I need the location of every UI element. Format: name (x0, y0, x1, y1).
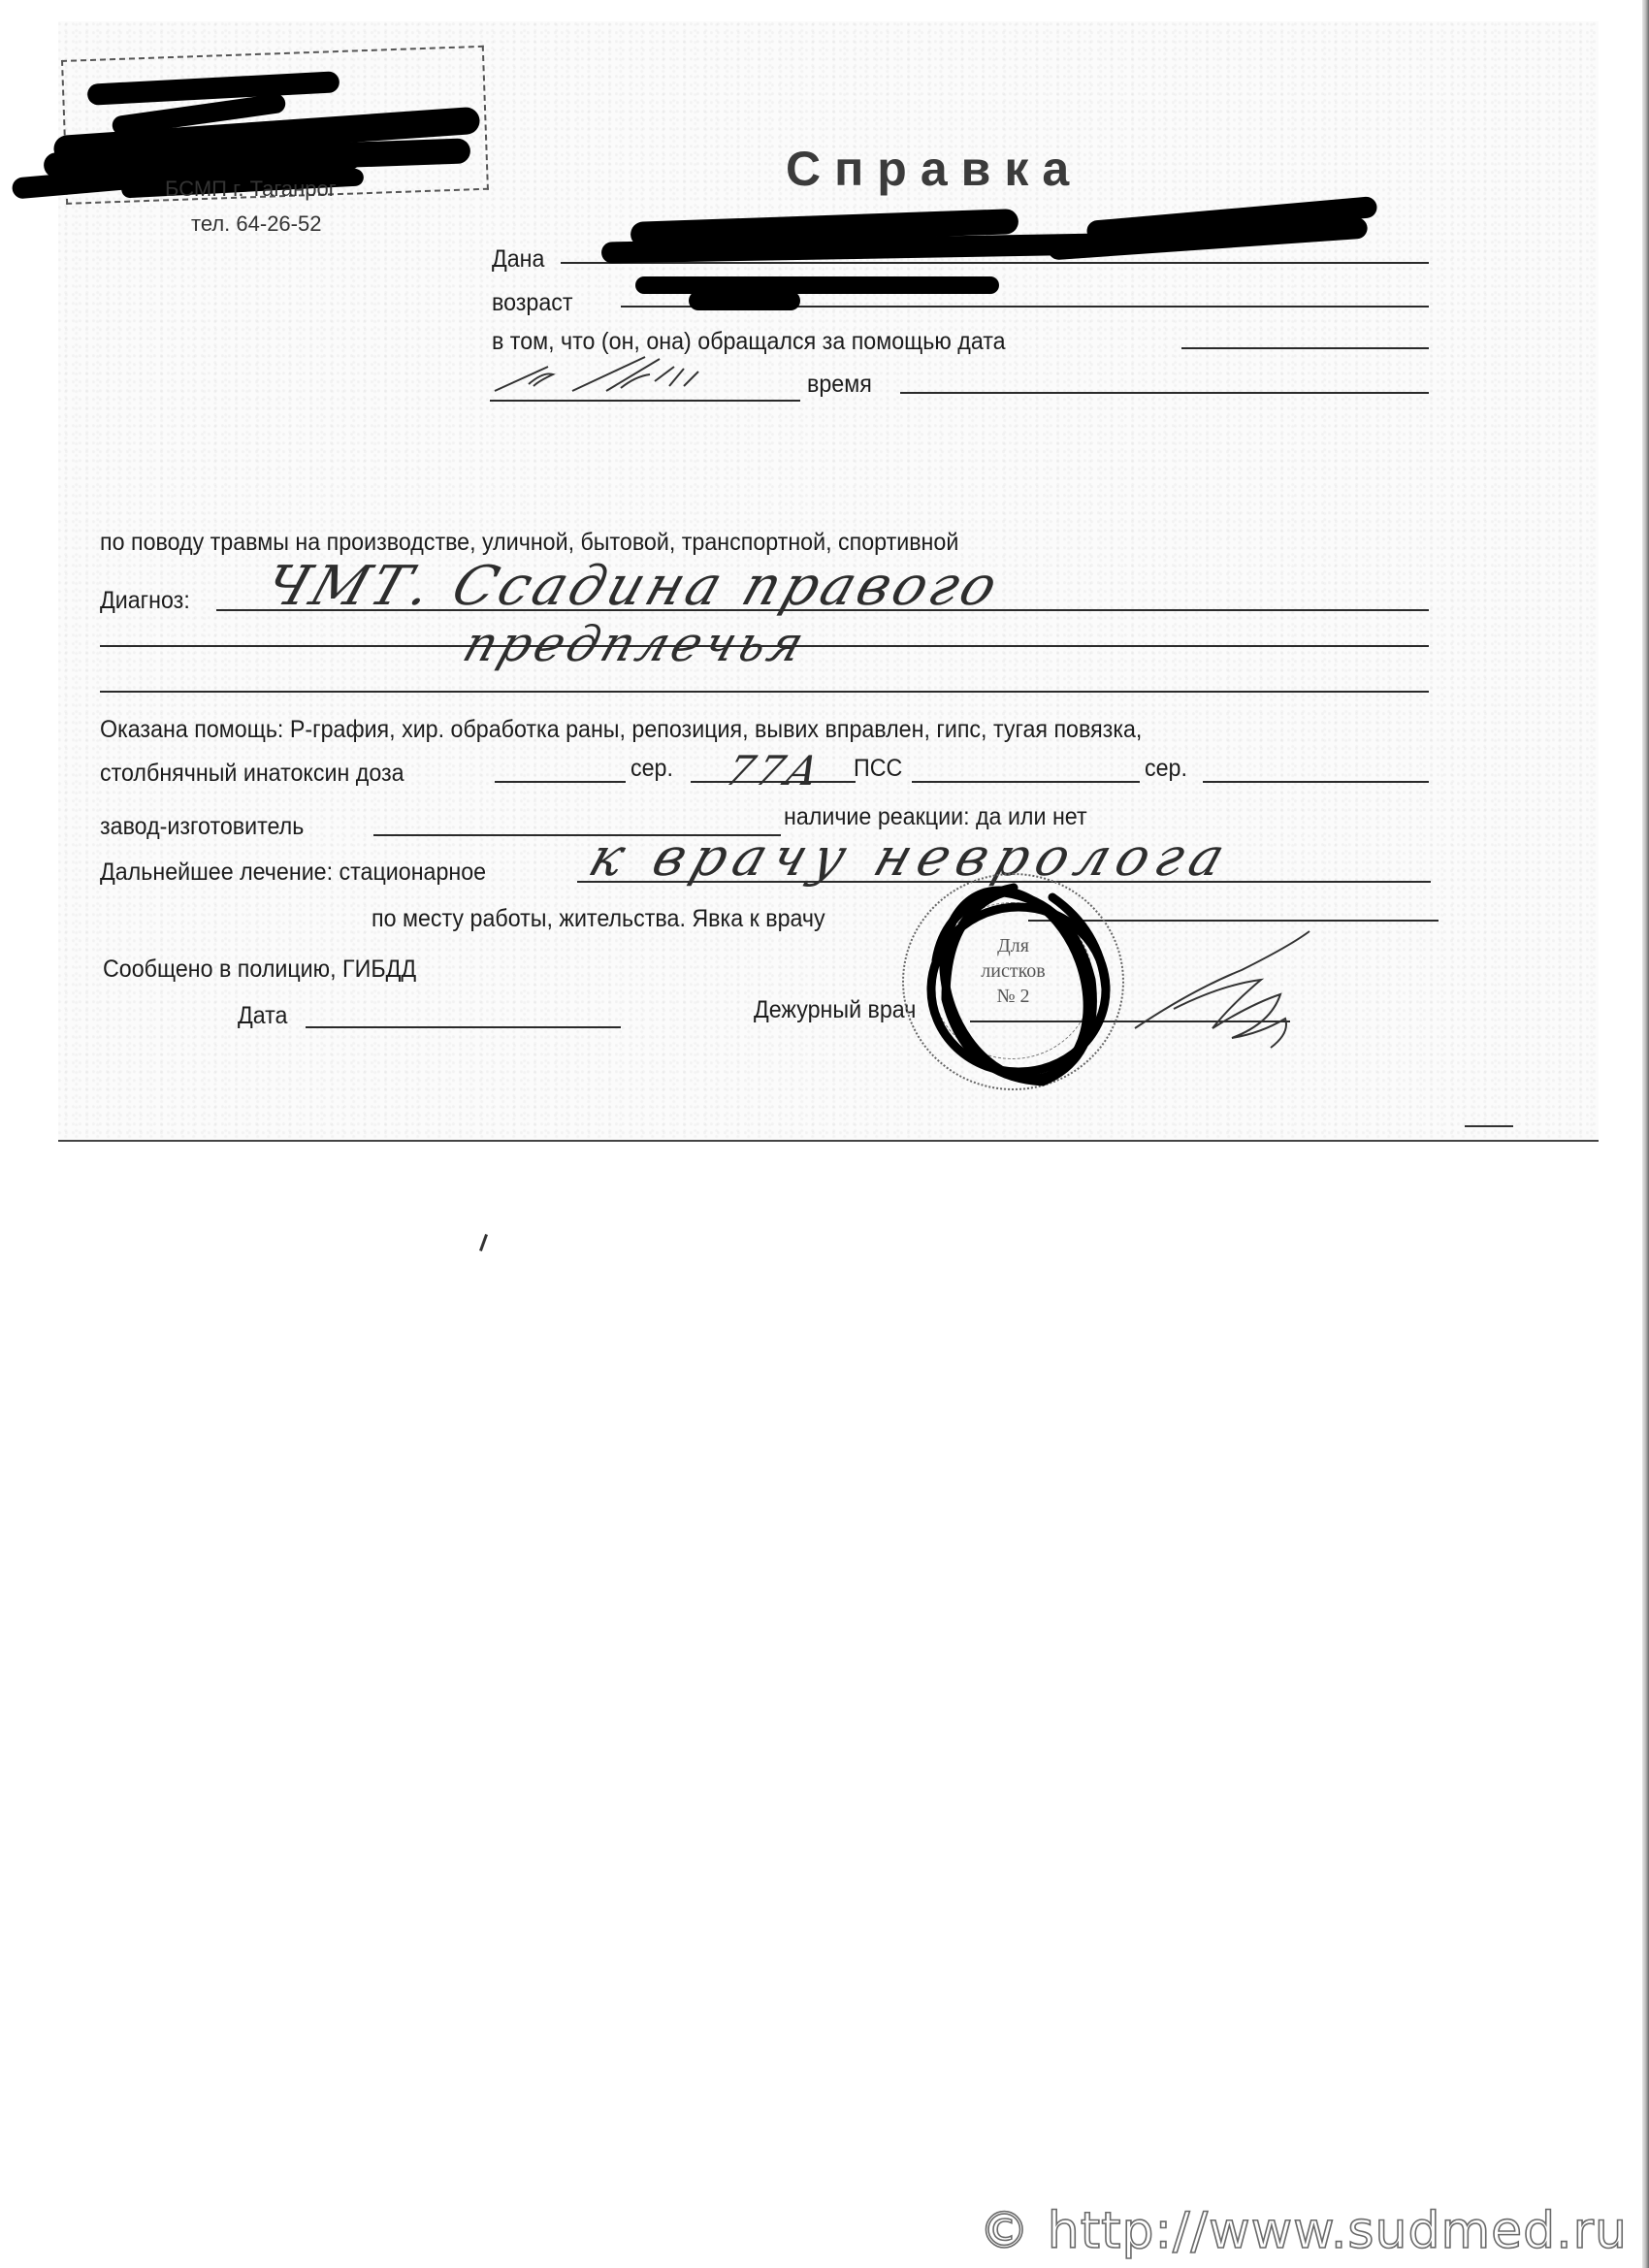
visit-date-field (1181, 347, 1429, 349)
institution-city: БСМП г. Таганрог (165, 177, 337, 202)
institution-phone: тел. 64-26-52 (191, 211, 321, 237)
diagnosis-handwritten-2: предплечья (457, 616, 815, 672)
stamp-redaction-scribble (907, 873, 1130, 1106)
tetanus-dose-field (495, 781, 626, 783)
watermark: © http://www.sudmed.ru (979, 2202, 1628, 2260)
issued-to-field (561, 262, 1429, 264)
age-label: возраст (492, 289, 573, 317)
handwritten-visit-date (490, 347, 752, 405)
duty-doctor-label: Дежурный врач (754, 996, 916, 1024)
scan-mark (1465, 1125, 1513, 1127)
pss-label: ПСС (854, 755, 902, 783)
date-field (306, 1026, 621, 1028)
police-notified-label: Сообщено в полицию, ГИБДД (103, 956, 416, 984)
document-title: Справка (786, 141, 1083, 197)
tetanus-label: столбнячный инатоксин доза (100, 760, 404, 788)
outpatient-label: по месту работы, жительства. Явка к врач… (372, 905, 825, 933)
further-treatment-label: Дальнейшее лечение: стационарное (100, 859, 486, 887)
diagnosis-line-3 (100, 691, 1429, 693)
issued-to-label: Дана (492, 245, 544, 274)
help-provided-label: Оказана помощь: Р-графия, хир. обработка… (100, 716, 1142, 744)
time-label: время (807, 371, 872, 399)
visit-date-line (490, 400, 800, 402)
date-label: Дата (238, 1002, 287, 1030)
pss-field (912, 781, 1140, 783)
series2-label: сер. (1145, 755, 1187, 783)
diagnosis-handwritten-1: ЧМТ. Ссадина правого (256, 555, 1009, 618)
series2-field (1203, 781, 1429, 783)
time-field (900, 392, 1429, 394)
series-handwritten: 77А (720, 747, 829, 794)
scan-edge (1642, 0, 1649, 2268)
series-label: сер. (630, 755, 673, 783)
injury-cause-label: по поводу травмы на производстве, улично… (100, 529, 958, 557)
diagnosis-label: Диагноз: (100, 587, 190, 615)
redaction-mark (635, 276, 999, 294)
scan-mark (479, 1234, 488, 1251)
redaction-mark (689, 291, 800, 310)
manufacturer-label: завод-изготовитель (100, 813, 304, 841)
doctor-signature (1115, 912, 1358, 1057)
